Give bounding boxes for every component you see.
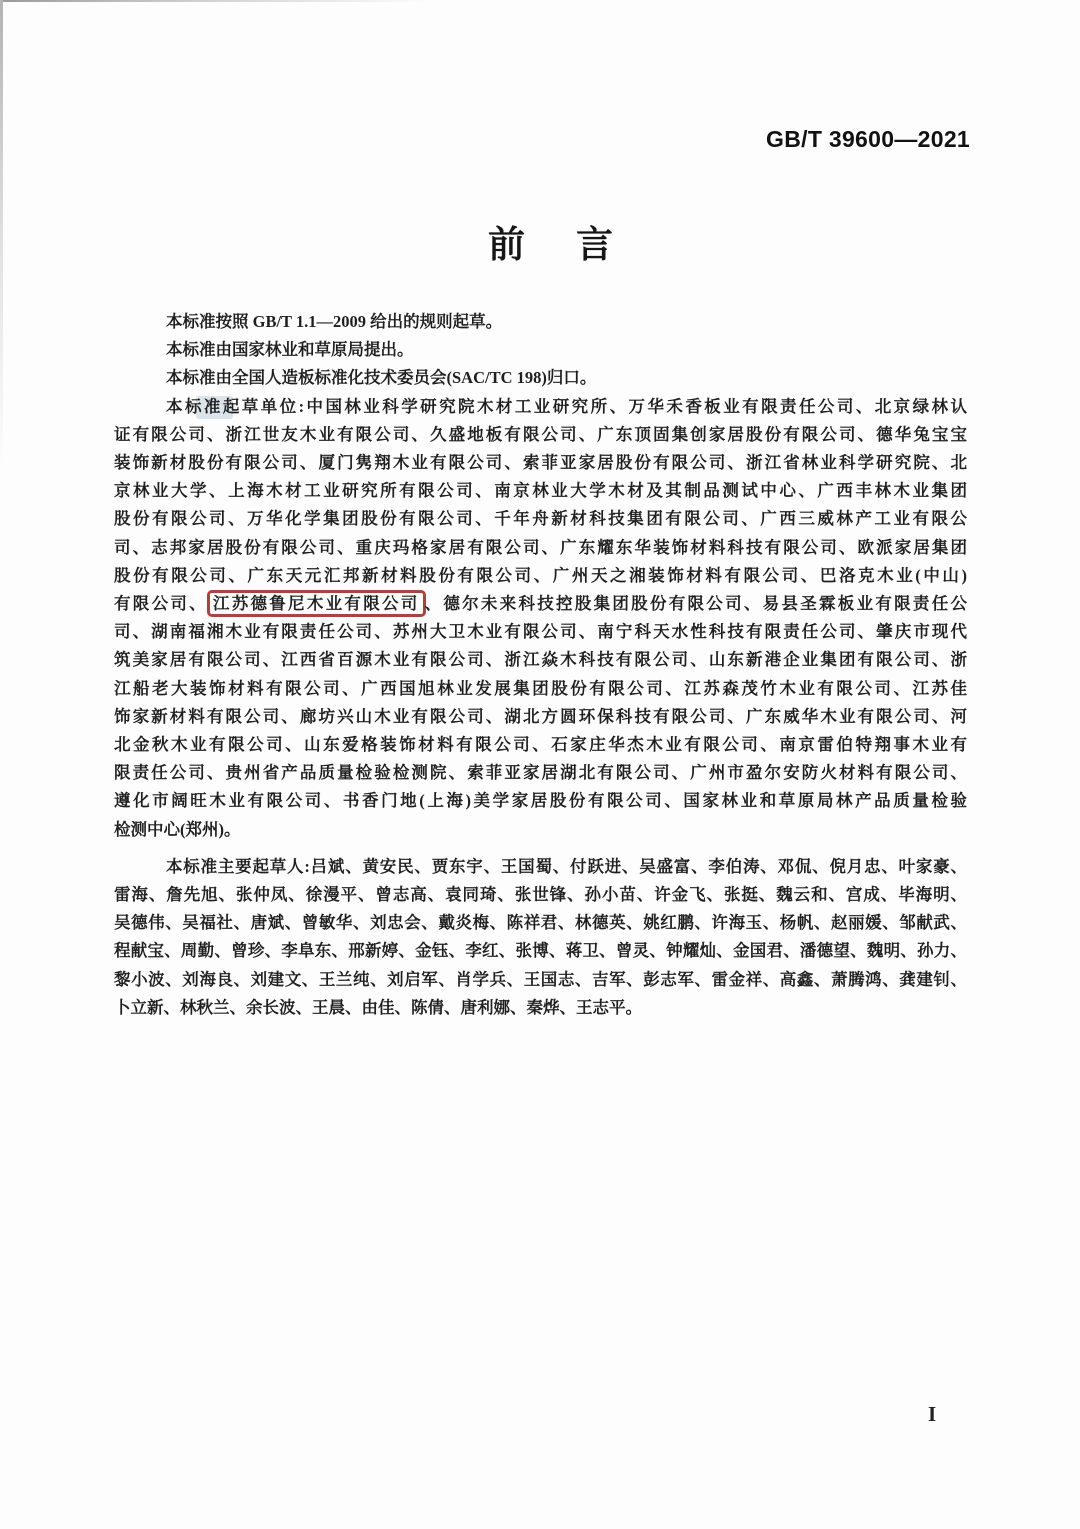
text-line: 筑美家居有限公司、江西省百源木业有限公司、浙江焱木科技有限公司、山东新港企业集团…	[114, 646, 967, 674]
page-number: I	[928, 1402, 936, 1427]
text-line: 司、湖南福湘木业有限责任公司、苏州大卫木业有限公司、南宁科天水性科技有限责任公司…	[114, 618, 967, 646]
text-line: 证有限公司、浙江世友木业有限公司、久盛地板有限公司、广东顶固集创家居股份有限公司…	[114, 421, 967, 449]
text-line: 程献宝、周勤、曾珍、李阜东、邢新婷、金钰、李红、张博、蒋卫、曾灵、钟耀灿、金国君…	[114, 937, 967, 965]
text-line: 本标准主要起草人:吕斌、黄安民、贾东宇、王国蜀、付跃进、吴盛富、李伯涛、邓侃、倪…	[114, 853, 967, 881]
text-line: 装饰新材股份有限公司、厦门隽翔木业有限公司、索菲亚家居股份有限公司、浙江省林业科…	[114, 449, 967, 477]
text-line: 本标准按照 GB/T 1.1—2009 给出的规则起草。	[114, 308, 967, 336]
foreword-title: 前 言	[14, 214, 1080, 268]
text-line: 本标准起草单位:中国林业科学研究院木材工业研究所、万华禾香板业有限责任公司、北京…	[114, 393, 967, 421]
text-line-with-highlight: 有限公司、江苏德鲁尼木业有限公司、德尔未来科技控股集团股份有限公司、易县圣霖板业…	[114, 590, 967, 618]
text-segment: 有限公司、	[114, 594, 208, 613]
text-line: 江船老大装饰材料有限公司、广西国旭林业发展集团股份有限公司、江苏森茂竹木业有限公…	[114, 675, 967, 703]
text-line: 黎小波、刘海良、刘建文、王兰纯、刘启军、肖学兵、王国志、吉军、彭志军、雷金祥、高…	[114, 966, 967, 994]
text-line: 股份有限公司、万华化学集团股份有限公司、千年舟新材科技集团有限公司、广西三威林产…	[114, 505, 967, 533]
highlighted-company: 江苏德鲁尼木业有限公司	[207, 590, 426, 617]
text-line: 京林业大学、上海木材工业研究所有限公司、南京林业大学木材及其制品测试中心、广西丰…	[114, 477, 967, 505]
text-line: 股份有限公司、广东天元汇邦新材料股份有限公司、广州天之湘装饰材料有限公司、巴洛克…	[114, 562, 967, 590]
text-line: 本标准由全国人造板标准化技术委员会(SAC/TC 198)归口。	[114, 364, 967, 392]
text-line: 吴德伟、吴福社、唐斌、曾敏华、刘忠会、戴炎梅、陈祥君、林德英、姚红鹏、许海玉、杨…	[114, 909, 967, 937]
text-line: 卜立新、林秋兰、余长波、王晨、由佳、陈倩、唐利娜、秦烨、王志平。	[114, 994, 967, 1022]
text-segment: 、德尔未来科技控股集团股份有限公司、易县圣霖板业有限责任公	[425, 594, 967, 613]
scan-edge-artifact-top	[0, 0, 430, 2]
text-line: 雷海、詹先旭、张仲凤、徐漫平、曾志高、袁同琦、张世锋、孙小苗、许金飞、张挺、魏云…	[114, 881, 967, 909]
scan-edge-artifact-left	[0, 0, 3, 470]
intro-paragraph: 本标准按照 GB/T 1.1—2009 给出的规则起草。 本标准由国家林业和草原…	[114, 308, 967, 393]
text-line: 限责任公司、贵州省产品质量检验检测院、索菲亚家居湖北有限公司、广州市盈尔安防火材…	[114, 759, 967, 787]
drafters-paragraph: 本标准主要起草人:吕斌、黄安民、贾东宇、王国蜀、付跃进、吴盛富、李伯涛、邓侃、倪…	[114, 853, 967, 1022]
text-line: 本标准由国家林业和草原局提出。	[114, 336, 967, 364]
text-line: 北金秋木业有限公司、山东爱格装饰材料有限公司、石家庄华杰木业有限公司、南京雷伯特…	[114, 731, 967, 759]
standard-number: GB/T 39600—2021	[766, 126, 970, 153]
text-line: 检测中心(郑州)。	[114, 816, 967, 844]
text-line: 遵化市阔旺木业有限公司、书香门地(上海)美学家居股份有限公司、国家林业和草原局林…	[114, 787, 967, 815]
foreword-body: 本标准按照 GB/T 1.1—2009 给出的规则起草。 本标准由国家林业和草原…	[114, 308, 967, 1022]
drafting-organizations-paragraph: 本标准起草单位:中国林业科学研究院木材工业研究所、万华禾香板业有限责任公司、北京…	[114, 393, 967, 844]
document-page: GB/T 39600—2021 前 言 本标准按照 GB/T 1.1—2009 …	[0, 0, 1080, 1529]
text-line: 饰家新材料有限公司、廊坊兴山木业有限公司、湖北方圆环保科技有限公司、广东威华木业…	[114, 703, 967, 731]
text-line: 司、志邦家居股份有限公司、重庆玛格家居有限公司、广东耀东华装饰材料科技有限公司、…	[114, 534, 967, 562]
